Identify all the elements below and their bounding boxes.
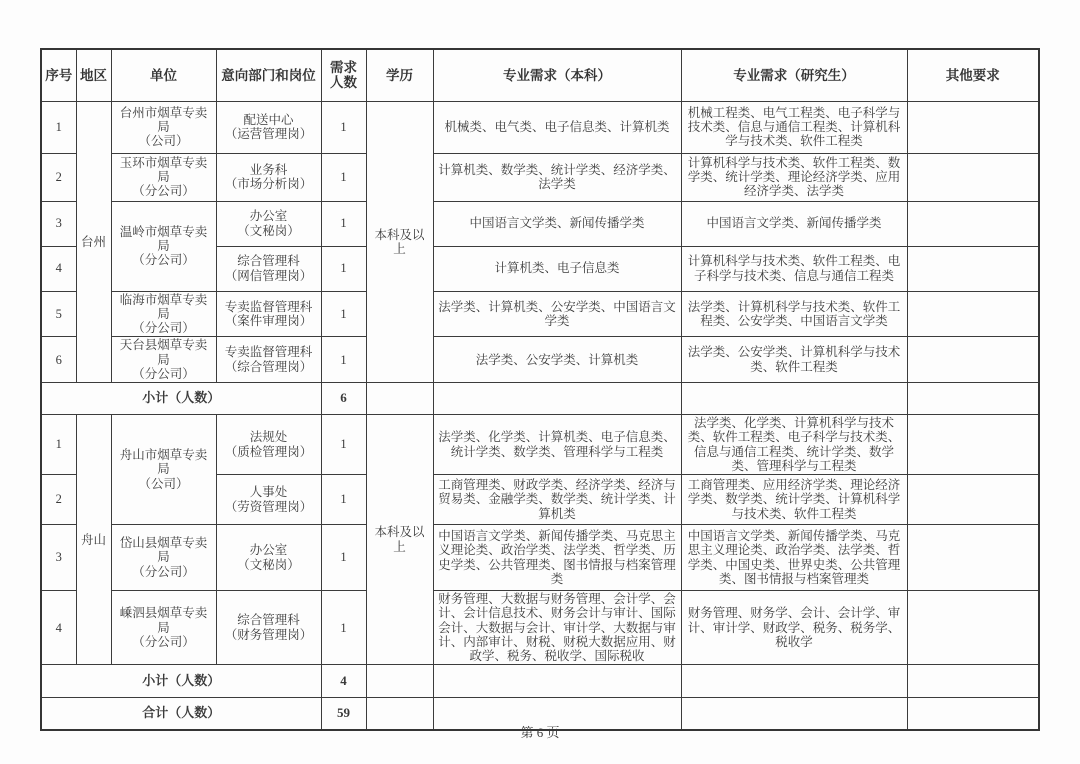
unit-cell: 岱山县烟草专卖局 （分公司） <box>111 525 216 591</box>
row-number-cell: 2 <box>41 475 76 525</box>
bachelor-majors-cell: 中国语言文学类、新闻传播学类 <box>433 201 681 246</box>
graduate-majors-cell: 中国语言文学类、新闻传播学类 <box>681 201 907 246</box>
table-row: 6 天台县烟草专卖局 （分公司） 专卖监督管理科 （综合管理岗） 1 法学类、公… <box>41 337 1039 383</box>
other-requirements-cell <box>907 153 1039 201</box>
headcount-cell: 1 <box>321 591 366 665</box>
row-number-cell: 1 <box>41 101 76 153</box>
bachelor-majors-cell: 计算机类、电子信息类 <box>433 246 681 291</box>
department-post-cell: 专卖监督管理科 （综合管理岗） <box>216 337 321 383</box>
page-number: 第 6 页 <box>0 722 1080 741</box>
graduate-majors-cell: 计算机科学与技术类、软件工程类、数学类、统计学类、理论经济学类、应用经济学类、法… <box>681 153 907 201</box>
department-post-cell: 业务科 （市场分析岗） <box>216 153 321 201</box>
table-row: 1 舟山 舟山市烟草专卖局 （公司） 法规处 （质检管理岗） 1 本科及以上 法… <box>41 415 1039 475</box>
department-post-cell: 办公室 （文秘岗） <box>216 201 321 246</box>
table-row: 2 玉环市烟草专卖局 （分公司） 业务科 （市场分析岗） 1 计算机类、数学类、… <box>41 153 1039 201</box>
row-number-cell: 1 <box>41 415 76 475</box>
row-number-cell: 2 <box>41 153 76 201</box>
empty-cell <box>681 383 907 415</box>
row-number-cell: 6 <box>41 337 76 383</box>
row-number-cell: 5 <box>41 291 76 337</box>
subtotal-row: 小计（人数） 4 <box>41 665 1039 698</box>
other-requirements-cell <box>907 201 1039 246</box>
other-requirements-cell <box>907 246 1039 291</box>
bachelor-majors-cell: 法学类、公安学类、计算机类 <box>433 337 681 383</box>
graduate-majors-cell: 法学类、计算机科学与技术类、软件工程类、公安学类、中国语言文学类 <box>681 291 907 337</box>
header-no: 序号 <box>41 49 76 101</box>
row-number-cell: 3 <box>41 201 76 246</box>
empty-cell <box>366 383 433 415</box>
subtotal-label-cell: 小计（人数） <box>41 383 321 415</box>
bachelor-majors-cell: 法学类、计算机类、公安学类、中国语言文学类 <box>433 291 681 337</box>
graduate-majors-cell: 机械工程类、电气工程类、电子科学与技术类、信息与通信工程类、计算机科学与技术类、… <box>681 101 907 153</box>
department-post-cell: 综合管理科 （财务管理岗） <box>216 591 321 665</box>
graduate-majors-cell: 法学类、化学类、计算机科学与技术类、软件工程类、电子科学与技术类、信息与通信工程… <box>681 415 907 475</box>
empty-cell <box>681 665 907 698</box>
header-unit: 单位 <box>111 49 216 101</box>
headcount-cell: 1 <box>321 101 366 153</box>
other-requirements-cell <box>907 415 1039 475</box>
subtotal-count-cell: 6 <box>321 383 366 415</box>
other-requirements-cell <box>907 525 1039 591</box>
department-post-cell: 人事处 （劳资管理岗） <box>216 475 321 525</box>
headcount-cell: 1 <box>321 475 366 525</box>
graduate-majors-cell: 中国语言文学类、新闻传播学类、马克思主义理论类、政治学类、法学类、哲学类、中国史… <box>681 525 907 591</box>
region-cell: 台州 <box>76 101 111 383</box>
document-page: 序号 地区 单位 意向部门和岗位 需求 人数 学历 专业需求（本科） 专业需求（… <box>0 0 1080 764</box>
other-requirements-cell <box>907 101 1039 153</box>
headcount-cell: 1 <box>321 246 366 291</box>
subtotal-count-cell: 4 <box>321 665 366 698</box>
graduate-majors-cell: 法学类、公安学类、计算机科学与技术类、软件工程类 <box>681 337 907 383</box>
row-number-cell: 4 <box>41 246 76 291</box>
empty-cell <box>907 383 1039 415</box>
table-row: 3 岱山县烟草专卖局 （分公司） 办公室 （文秘岗） 1 中国语言文学类、新闻传… <box>41 525 1039 591</box>
subtotal-label-cell: 小计（人数） <box>41 665 321 698</box>
table-row: 3 温岭市烟草专卖局 （分公司） 办公室 （文秘岗） 1 中国语言文学类、新闻传… <box>41 201 1039 246</box>
table-row: 1 台州 台州市烟草专卖局 （公司） 配送中心 （运营管理岗） 1 本科及以上 … <box>41 101 1039 153</box>
other-requirements-cell <box>907 475 1039 525</box>
empty-cell <box>433 383 681 415</box>
row-number-cell: 3 <box>41 525 76 591</box>
headcount-cell: 1 <box>321 201 366 246</box>
bachelor-majors-cell: 计算机类、数学类、统计学类、经济学类、法学类 <box>433 153 681 201</box>
unit-cell: 嵊泗县烟草专卖局 （分公司） <box>111 591 216 665</box>
other-requirements-cell <box>907 591 1039 665</box>
empty-cell <box>366 665 433 698</box>
department-post-cell: 专卖监督管理科 （案件审理岗） <box>216 291 321 337</box>
bachelor-majors-cell: 工商管理类、财政学类、经济学类、经济与贸易类、金融学类、数学类、统计学类、计算机… <box>433 475 681 525</box>
header-department: 意向部门和岗位 <box>216 49 321 101</box>
recruitment-table: 序号 地区 单位 意向部门和岗位 需求 人数 学历 专业需求（本科） 专业需求（… <box>40 48 1040 731</box>
header-region: 地区 <box>76 49 111 101</box>
department-post-cell: 综合管理科 （网信管理岗） <box>216 246 321 291</box>
header-bachelor-majors: 专业需求（本科） <box>433 49 681 101</box>
row-number-cell: 4 <box>41 591 76 665</box>
header-headcount: 需求 人数 <box>321 49 366 101</box>
unit-cell: 天台县烟草专卖局 （分公司） <box>111 337 216 383</box>
graduate-majors-cell: 工商管理类、应用经济学类、理论经济学类、数学类、统计学类、计算机科学与技术类、软… <box>681 475 907 525</box>
unit-cell: 舟山市烟草专卖局 （公司） <box>111 415 216 525</box>
bachelor-majors-cell: 机械类、电气类、电子信息类、计算机类 <box>433 101 681 153</box>
unit-cell: 玉环市烟草专卖局 （分公司） <box>111 153 216 201</box>
headcount-cell: 1 <box>321 291 366 337</box>
department-post-cell: 配送中心 （运营管理岗） <box>216 101 321 153</box>
graduate-majors-cell: 财务管理、财务学、会计、会计学、审计、审计学、财政学、税务、税务学、税收学 <box>681 591 907 665</box>
department-post-cell: 办公室 （文秘岗） <box>216 525 321 591</box>
headcount-cell: 1 <box>321 337 366 383</box>
header-graduate-majors: 专业需求（研究生） <box>681 49 907 101</box>
header-other-requirements: 其他要求 <box>907 49 1039 101</box>
bachelor-majors-cell: 中国语言文学类、新闻传播学类、马克思主义理论类、政治学类、法学类、哲学类、历史学… <box>433 525 681 591</box>
headcount-cell: 1 <box>321 153 366 201</box>
empty-cell <box>907 665 1039 698</box>
subtotal-row: 小计（人数） 6 <box>41 383 1039 415</box>
education-cell: 本科及以上 <box>366 101 433 383</box>
bachelor-majors-cell: 法学类、化学类、计算机类、电子信息类、统计学类、数学类、管理科学与工程类 <box>433 415 681 475</box>
headcount-cell: 1 <box>321 415 366 475</box>
table-row: 5 临海市烟草专卖局 （分公司） 专卖监督管理科 （案件审理岗） 1 法学类、计… <box>41 291 1039 337</box>
bachelor-majors-cell: 财务管理、大数据与财务管理、会计学、会计、会计信息技术、财务会计与审计、国际会计… <box>433 591 681 665</box>
other-requirements-cell <box>907 291 1039 337</box>
table-row: 4 嵊泗县烟草专卖局 （分公司） 综合管理科 （财务管理岗） 1 财务管理、大数… <box>41 591 1039 665</box>
header-education: 学历 <box>366 49 433 101</box>
region-cell: 舟山 <box>76 415 111 665</box>
unit-cell: 温岭市烟草专卖局 （分公司） <box>111 201 216 291</box>
education-cell: 本科及以上 <box>366 415 433 665</box>
graduate-majors-cell: 计算机科学与技术类、软件工程类、电子科学与技术类、信息与通信工程类 <box>681 246 907 291</box>
empty-cell <box>433 665 681 698</box>
unit-cell: 临海市烟草专卖局 （分公司） <box>111 291 216 337</box>
headcount-cell: 1 <box>321 525 366 591</box>
other-requirements-cell <box>907 337 1039 383</box>
table-header-row: 序号 地区 单位 意向部门和岗位 需求 人数 学历 专业需求（本科） 专业需求（… <box>41 49 1039 101</box>
unit-cell: 台州市烟草专卖局 （公司） <box>111 101 216 153</box>
department-post-cell: 法规处 （质检管理岗） <box>216 415 321 475</box>
